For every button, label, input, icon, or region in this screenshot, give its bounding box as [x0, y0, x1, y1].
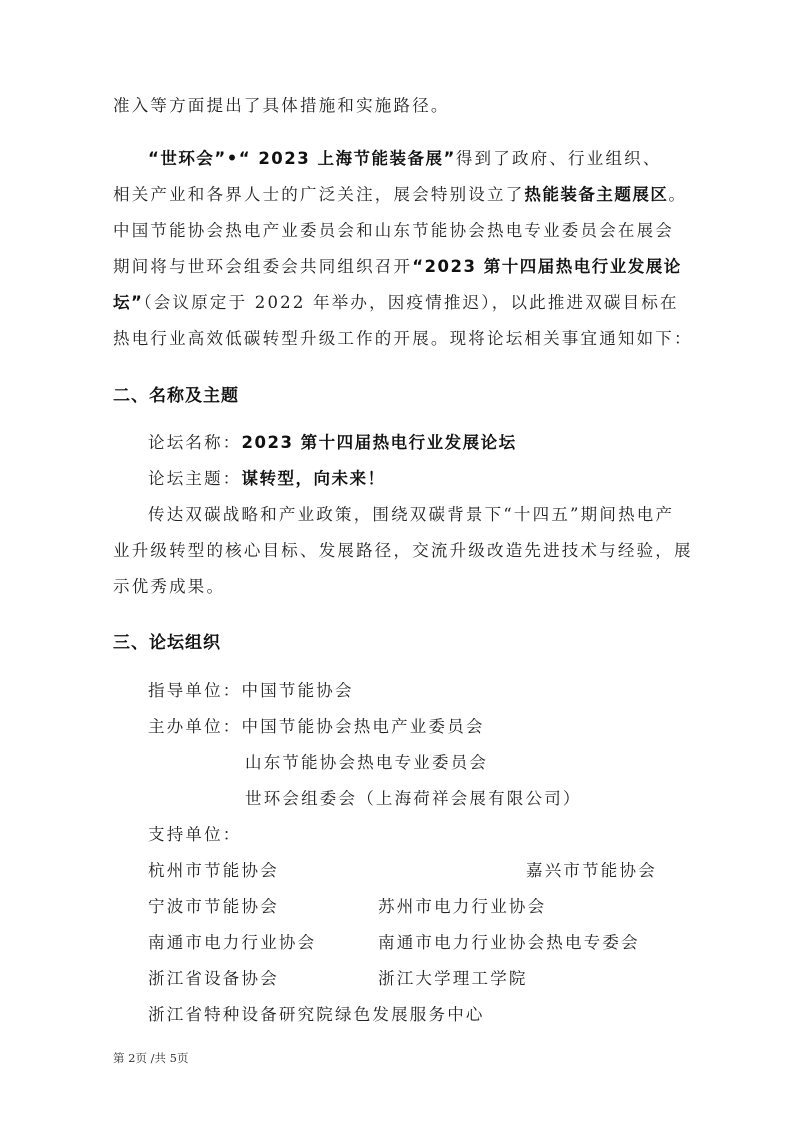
supporter: 杭州市节能协会 [148, 861, 279, 880]
text: 期间将与世环会组委会共同组织召开 [113, 257, 412, 276]
text: （会议原定于 2022 年举办，因疫情推迟），以此推进双碳目标在 [143, 293, 678, 312]
label: 主办单位： [148, 717, 242, 736]
supporter: 嘉兴市节能协会 [526, 857, 657, 881]
bold-text: “世环会”•“ 2023 上海节能装备展” [148, 149, 456, 168]
supporter: 宁波市节能协会 [148, 897, 279, 916]
supporter: 南通市电力行业协会 [148, 929, 316, 953]
support-label: 支持单位： [148, 821, 242, 845]
paragraph-line: “世环会”•“ 2023 上海节能装备展”得到了政府、行业组织、 [148, 145, 662, 169]
supporter-row: 杭州市节能协会 嘉兴市节能协会 [148, 857, 279, 881]
value: 中国节能协会热电产业委员会 [242, 717, 485, 736]
section-heading: 二、名称及主题 [113, 381, 239, 406]
bold-text: “2023 第十四届热电行业发展论 [412, 257, 682, 276]
value: 2023 第十四届热电行业发展论坛 [242, 433, 517, 452]
supporter: 南通市电力行业协会热电专委会 [378, 929, 640, 953]
paragraph-line: 坛”（会议原定于 2022 年举办，因疫情推迟），以此推进双碳目标在 [113, 289, 679, 313]
text: 得到了政府、行业组织、 [456, 149, 662, 168]
forum-theme: 论坛主题：谋转型，向未来！ [148, 465, 386, 489]
paragraph-line: 中国节能协会热电产业委员会和山东节能协会热电专业委员会在展会 [113, 217, 674, 241]
supporter: 浙江省特种设备研究院绿色发展服务中心 [148, 1001, 485, 1025]
label: 论坛主题： [148, 469, 242, 488]
text: 相关产业和各界人士的广泛关注，展会特别设立了 [113, 185, 524, 204]
value: 中国节能协会 [242, 681, 354, 700]
forum-name: 论坛名称：2023 第十四届热电行业发展论坛 [148, 429, 517, 453]
paragraph-line: 传达双碳战略和产业政策，围绕双碳背景下“十四五”期间热电产 [148, 501, 674, 525]
paragraph-line: 相关产业和各界人士的广泛关注，展会特别设立了热能装备主题展区。 [113, 181, 687, 205]
supporter: 浙江大学理工学院 [378, 965, 528, 989]
supporter: 苏州市电力行业协会 [378, 893, 546, 917]
label: 指导单位： [148, 681, 242, 700]
section-heading: 三、论坛组织 [113, 628, 221, 653]
host-unit: 山东节能协会热电专业委员会 [245, 749, 488, 773]
page-number: 第 2页 /共 5页 [113, 1050, 188, 1066]
bold-text: 热能装备主题展区 [524, 185, 668, 204]
value: 谋转型，向未来！ [242, 469, 386, 488]
paragraph-line: 示优秀成果。 [113, 573, 225, 597]
guide-unit: 指导单位：中国节能协会 [148, 677, 354, 701]
host-unit: 主办单位：中国节能协会热电产业委员会 [148, 713, 485, 737]
paragraph-line: 业升级转型的核心目标、发展路径，交流升级改造先进技术与经验，展 [113, 537, 693, 561]
supporter: 浙江省设备协会 [148, 965, 279, 989]
host-unit: 世环会组委会（上海荷祥会展有限公司） [245, 785, 582, 809]
paragraph-line: 热电行业高效低碳转型升级工作的开展。现将论坛相关事宜通知如下： [113, 325, 693, 349]
text: 。 [668, 185, 687, 204]
paragraph-line: 准入等方面提出了具体措施和实施路径。 [113, 92, 450, 116]
paragraph-line: 期间将与世环会组委会共同组织召开“2023 第十四届热电行业发展论 [113, 253, 682, 277]
supporter-row: 宁波市节能协会 [148, 893, 279, 917]
label: 论坛名称： [148, 433, 242, 452]
bold-text: 坛” [113, 293, 143, 312]
